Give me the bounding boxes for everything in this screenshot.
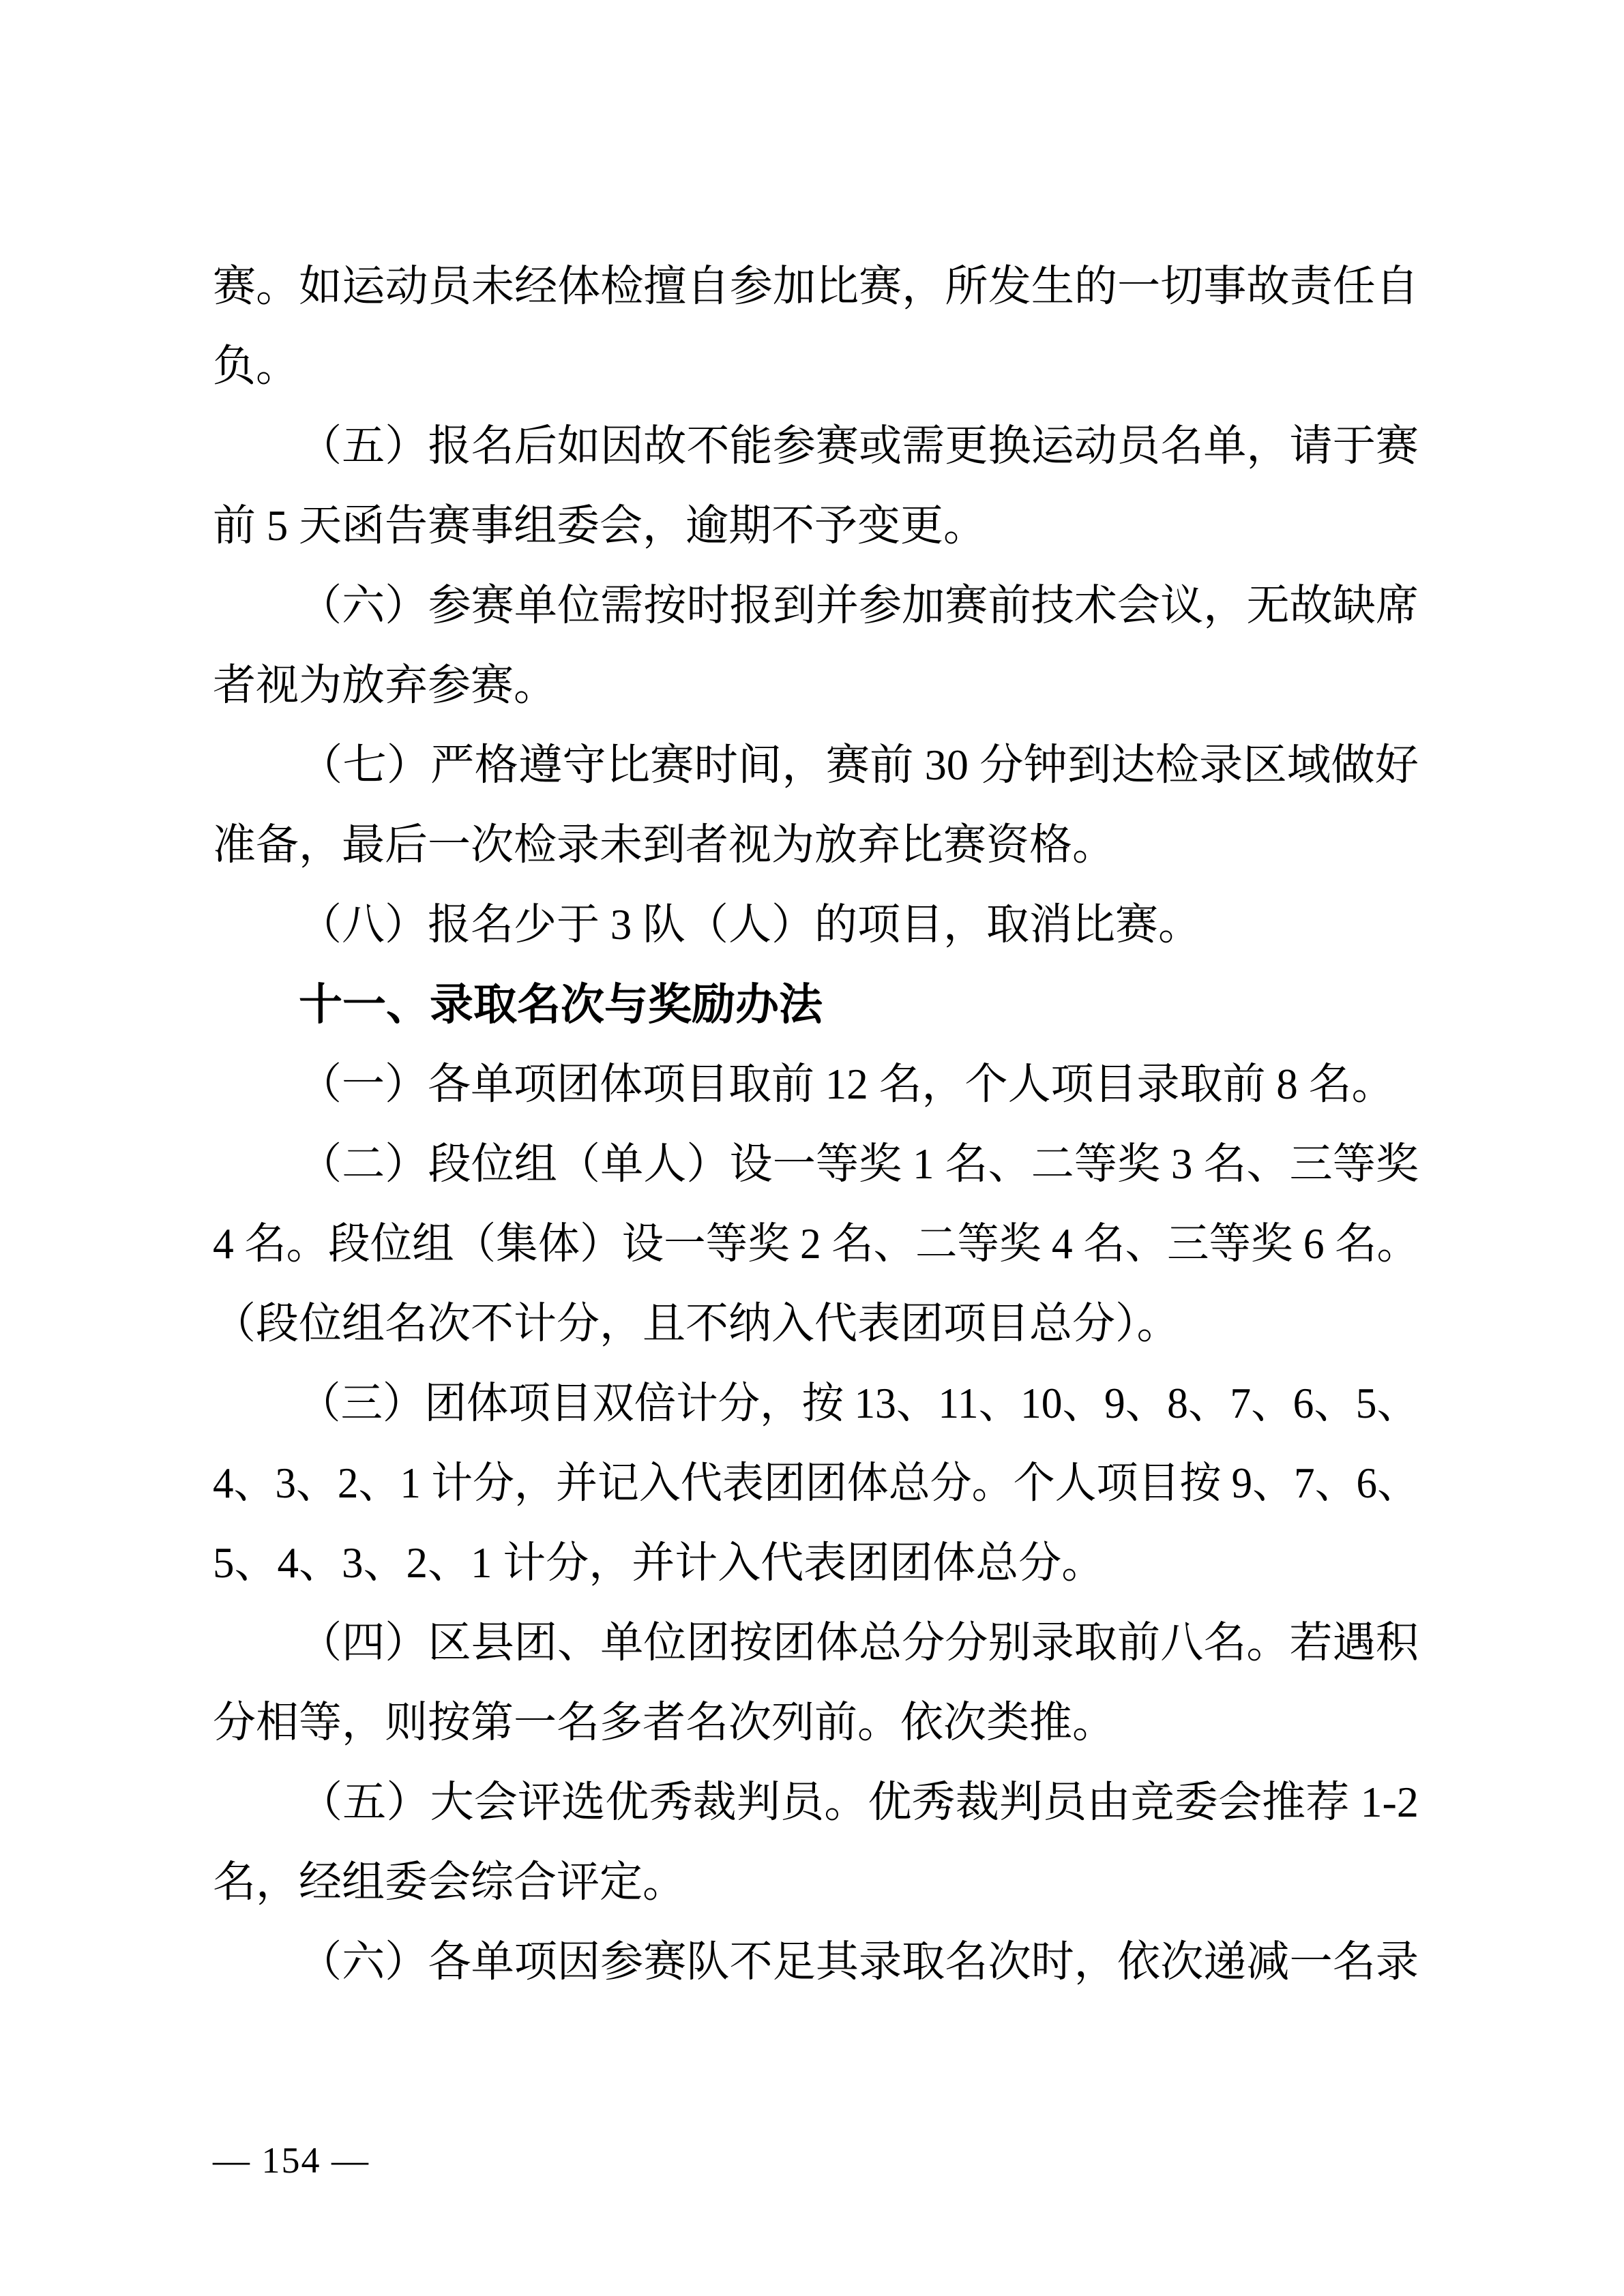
text-line-15: （三）团体项目双倍计分，按 13、11、10、9、8、7、6、5、 (213, 1364, 1419, 1444)
text-line-content: 5、4、3、2、1 计分，并计入代表团团体总分。 (213, 1523, 1104, 1603)
text-line-14: （段位组名次不计分，且不纳入代表团项目总分）。 (213, 1284, 1419, 1364)
text-line-6: 者视为放弃参赛。 (213, 646, 1419, 726)
text-line-content: （三）团体项目双倍计分，按 13、11、10、9、8、7、6、5、 (299, 1364, 1419, 1444)
document-page: 赛。如运动员未经体检擅自参加比赛，所发生的一切事故责任自负。（五）报名后如因故不… (0, 0, 1624, 2296)
text-line-12: （二）段位组（单人）设一等奖 1 名、二等奖 3 名、三等奖 (213, 1124, 1419, 1204)
text-line-8: 准备，最后一次检录未到者视为放弃比赛资格。 (213, 805, 1419, 885)
text-line-content: 准备，最后一次检录未到者视为放弃比赛资格。 (213, 805, 1115, 885)
text-line-3: （五）报名后如因故不能参赛或需更换运动员名单，请于赛 (213, 406, 1419, 486)
text-line-content: （八）报名少于 3 队（人）的项目，取消比赛。 (299, 885, 1201, 965)
text-line-4: 前 5 天函告赛事组委会，逾期不予变更。 (213, 486, 1419, 566)
text-line-20: （五）大会评选优秀裁判员。优秀裁判员由竞委会推荐 1-2 (213, 1763, 1419, 1843)
text-line-content: 十一、录取名次与奖励办法 (299, 965, 823, 1045)
text-line-content: 赛。如运动员未经体检擅自参加比赛，所发生的一切事故责任自 (213, 247, 1419, 327)
text-line-content: 者视为放弃参赛。 (213, 646, 557, 726)
text-line-content: 负。 (213, 327, 299, 406)
text-line-content: 名，经组委会综合评定。 (213, 1843, 685, 1922)
text-line-7: （七）严格遵守比赛时间，赛前 30 分钟到达检录区域做好 (213, 726, 1419, 805)
text-line-content: （二）段位组（单人）设一等奖 1 名、二等奖 3 名、三等奖 (299, 1124, 1419, 1204)
document-text: 赛。如运动员未经体检擅自参加比赛，所发生的一切事故责任自负。（五）报名后如因故不… (213, 247, 1419, 2002)
text-line-1: 赛。如运动员未经体检擅自参加比赛，所发生的一切事故责任自 (213, 247, 1419, 327)
section-heading: 十一、录取名次与奖励办法 (213, 965, 1419, 1045)
text-line-content: （六）参赛单位需按时报到并参加赛前技术会议，无故缺席 (299, 566, 1419, 646)
text-line-11: （一）各单项团体项目取前 12 名，个人项目录取前 8 名。 (213, 1045, 1419, 1124)
text-line-content: （七）严格遵守比赛时间，赛前 30 分钟到达检录区域做好 (299, 726, 1419, 805)
text-line-16: 4、3、2、1 计分，并记入代表团团体总分。个人项目按 9、7、6、 (213, 1444, 1419, 1523)
text-line-content: （段位组名次不计分，且不纳入代表团项目总分）。 (213, 1284, 1180, 1364)
text-line-content: （六）各单项因参赛队不足其录取名次时，依次递减一名录 (299, 1922, 1419, 2002)
text-line-content: （四）区县团、单位团按团体总分分别录取前八名。若遇积 (299, 1603, 1419, 1683)
text-line-19: 分相等，则按第一名多者名次列前。依次类推。 (213, 1683, 1419, 1763)
text-line-content: （五）大会评选优秀裁判员。优秀裁判员由竞委会推荐 1-2 (299, 1763, 1419, 1843)
text-line-18: （四）区县团、单位团按团体总分分别录取前八名。若遇积 (213, 1603, 1419, 1683)
text-line-content: 分相等，则按第一名多者名次列前。依次类推。 (213, 1683, 1115, 1763)
text-line-5: （六）参赛单位需按时报到并参加赛前技术会议，无故缺席 (213, 566, 1419, 646)
text-line-2: 负。 (213, 327, 1419, 406)
text-line-22: （六）各单项因参赛队不足其录取名次时，依次递减一名录 (213, 1922, 1419, 2002)
text-line-content: 4 名。段位组（集体）设一等奖 2 名、二等奖 4 名、三等奖 6 名。 (213, 1204, 1419, 1284)
text-line-17: 5、4、3、2、1 计分，并计入代表团团体总分。 (213, 1523, 1419, 1603)
text-line-9: （八）报名少于 3 队（人）的项目，取消比赛。 (213, 885, 1419, 965)
footer-page-number: — 154 — (213, 2138, 370, 2182)
text-line-content: 4、3、2、1 计分，并记入代表团团体总分。个人项目按 9、7、6、 (213, 1444, 1419, 1523)
text-line-content: （一）各单项团体项目取前 12 名，个人项目录取前 8 名。 (299, 1045, 1395, 1124)
text-line-content: 前 5 天函告赛事组委会，逾期不予变更。 (213, 486, 986, 566)
text-line-21: 名，经组委会综合评定。 (213, 1843, 1419, 1922)
text-line-13: 4 名。段位组（集体）设一等奖 2 名、二等奖 4 名、三等奖 6 名。 (213, 1204, 1419, 1284)
text-line-content: （五）报名后如因故不能参赛或需更换运动员名单，请于赛 (299, 406, 1419, 486)
